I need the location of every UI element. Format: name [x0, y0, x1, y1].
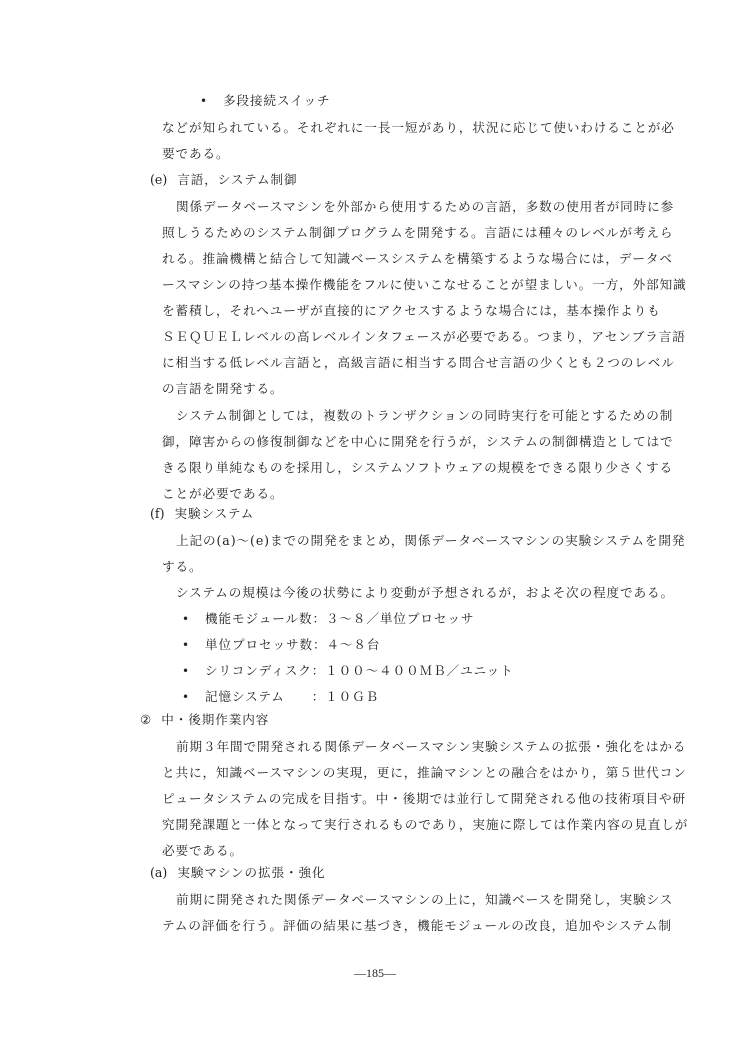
section-marker: (f) [150, 506, 165, 522]
text-line: などが知られている。それぞれに一長一短があり，状況に応じて使いわけることが必 [162, 120, 675, 136]
text-line: と共に，知識ベースマシンの実現，更に，推論マシンとの融合をはかり，第５世代コン [162, 765, 687, 781]
section-title: 言語，システム制御 [177, 172, 297, 187]
text-line: システム制御としては，複数のトランザクションの同時実行を可能とするための制 [176, 408, 673, 424]
section-marker: (a) [150, 865, 167, 881]
text-line: 関係データベースマシンを外部から使用するための言語，多数の使用者が同時に参 [176, 199, 674, 215]
section-marker: (e) [150, 172, 167, 188]
text-line: 究開発課題と一体となって実行されるものであり，実施に際しては作業内容の見直しが [162, 817, 688, 833]
text-line: 照しうるためのシステム制御プログラムを開発する。言語には種々のレベルが考えら [162, 225, 673, 241]
spec-item: 単位プロセッサ数：４～８台 [205, 637, 380, 653]
section-e-heading: (e)言語，システム制御 [150, 172, 297, 188]
text-line: に相当する低レベル言語と，高級言語に相当する問合せ言語の少くとも２つのレベル [162, 355, 675, 371]
bullet-dot: • [182, 689, 189, 705]
text-line: きる限り単純なものを採用し，システムソフトウェアの規模をできる限り少さくする [162, 460, 673, 476]
page-number: —185— [0, 966, 750, 981]
text-line: 前期に開発された関係データベースマシンの上に，知識ベースを開発し，実験シス [176, 892, 673, 908]
spec-item: 機能モジュール数：３～８／単位プロセッサ [205, 611, 474, 627]
text-line: 御，障害からの修復制御などを中心に開発を行うが，システムの制御構造としてはで [162, 434, 674, 450]
document-page: • 多段接続スイッチ などが知られている。それぞれに一長一短があり，状況に応じて… [0, 0, 750, 1054]
text-line: 要である。 [162, 146, 229, 162]
section-2-heading: ②中・後期作業内容 [140, 712, 269, 728]
top-bullet-text: 多段接続スイッチ [223, 93, 330, 109]
text-line: する。 [162, 559, 202, 575]
bullet-dot: • [200, 93, 207, 109]
text-line: ピュータシステムの完成を目指す。中・後期では並行して開発される他の技術項目や研 [162, 791, 686, 807]
text-line: テムの評価を行う。評価の結果に基づき，機能モジュールの改良，追加やシステム制 [162, 918, 672, 934]
text-line: 前期３年間で開発される関係データベースマシン実験システムの拡張・強化をはかる [176, 739, 686, 755]
bullet-dot: • [182, 611, 189, 627]
spec-item: 記憶システム ：１０ＧＢ [205, 689, 379, 705]
spec-item: シリコンディスク：１００～４００ＭＢ／ユニット [205, 663, 514, 679]
section-f-heading: (f)実験システム [150, 506, 254, 522]
text-line: の言語を開発する。 [162, 381, 283, 397]
section-marker: ② [140, 712, 151, 728]
section-title: 実験システム [175, 506, 255, 521]
text-line: 必要である。 [162, 843, 243, 859]
text-line: ＳＥＱＵＥＬレベルの高レベルインタフェースが必要である。つまり，アセンブラ言語 [162, 329, 686, 345]
text-line: れる。推論機構と結合して知識ベースシステムを構築するような場合には，データベ [162, 251, 673, 267]
bullet-dot: • [182, 663, 189, 679]
text-line: 上記の(a)～(e)までの開発をまとめ，関係データベースマシンの実験システムを開… [176, 533, 685, 549]
text-line: を蓄積し，それへユーザが直接的にアクセスするような場合には，基本操作よりも [162, 303, 661, 319]
text-line: ースマシンの持つ基本操作機能をフルに使いこなせることが望ましい。一方，外部知識 [162, 277, 687, 293]
section-title: 実験マシンの拡張・強化 [177, 865, 325, 880]
bullet-dot: • [182, 637, 189, 653]
section-a-heading: (a)実験マシンの拡張・強化 [150, 865, 325, 881]
section-title: 中・後期作業内容 [161, 712, 269, 727]
text-line: システムの規模は今後の状勢により変動が予想されるが，およそ次の程度である。 [176, 585, 674, 601]
text-line: ことが必要である。 [162, 486, 283, 502]
